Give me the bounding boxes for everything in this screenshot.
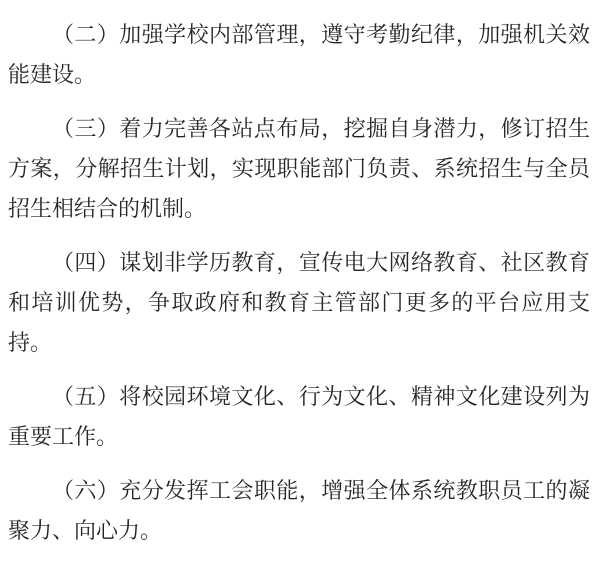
paragraph-item-2: （二）加强学校内部管理，遵守考勤纪律，加强机关效能建设。 [8,15,590,95]
document-page: （二）加强学校内部管理，遵守考勤纪律，加强机关效能建设。 （三）着力完善各站点布… [0,0,600,569]
paragraph-item-5: （五）将校园环境文化、行为文化、精神文化建设列为重要工作。 [8,377,590,457]
paragraph-item-4: （四）谋划非学历教育，宣传电大网络教育、社区教育和培训优势，争取政府和教育主管部… [8,243,590,363]
paragraph-item-3: （三）着力完善各站点布局，挖掘自身潜力，修订招生方案，分解招生计划，实现职能部门… [8,109,590,229]
paragraph-item-6: （六）充分发挥工会职能，增强全体系统教职员工的凝聚力、向心力。 [8,471,590,551]
